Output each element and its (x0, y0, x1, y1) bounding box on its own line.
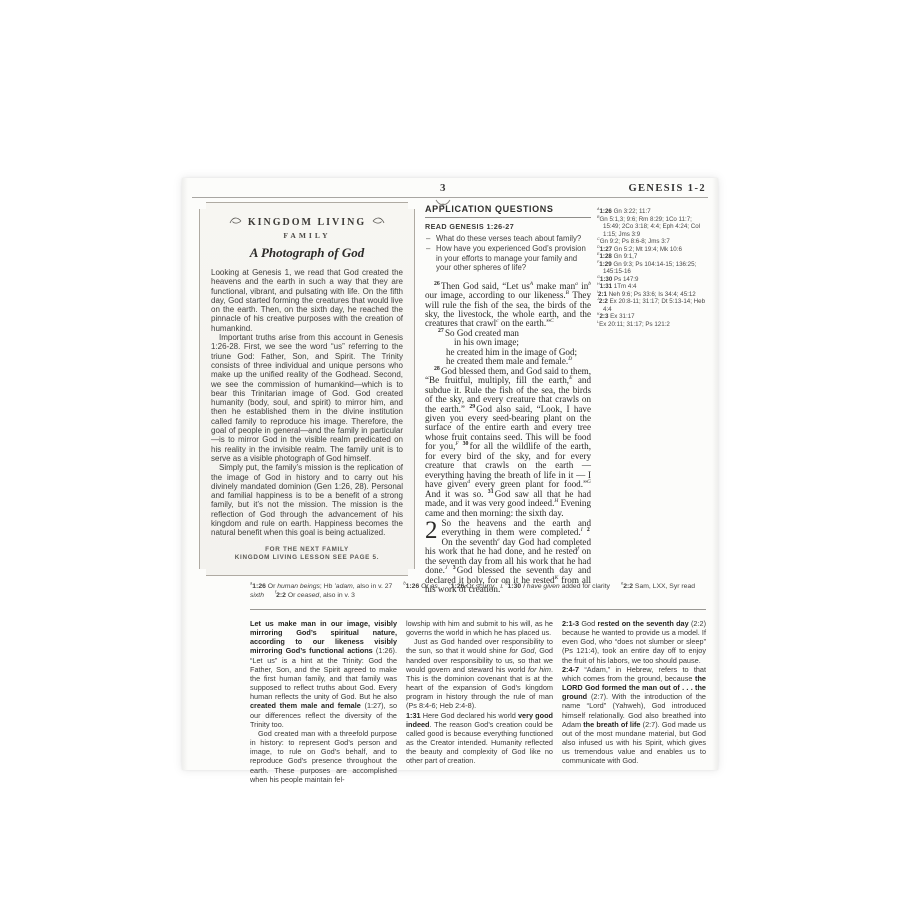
crossref-entry: K2:3 Ex 31:17 (597, 313, 710, 321)
kingdom-living-category: FAMILY (200, 231, 414, 240)
scripture-paragraph: 26 Then God said, “Let usA make mana inb… (425, 282, 591, 329)
commentary-col-3: 2:1-3 God rested on the seventh day (2:2… (562, 619, 706, 766)
commentary-paragraph: 1:31 Here God declared his world very go… (406, 711, 553, 766)
kingdom-living-paragraph: Important truths arise from this account… (211, 333, 403, 463)
chapter-number-dropcap: 2 (425, 519, 442, 541)
scripture-poetry-block: 27 So God created manin his own image;he… (425, 329, 591, 367)
commentary-paragraph: 2:1-3 God rested on the seventh day (2:2… (562, 619, 706, 665)
kingdom-living-footer-line2: KINGDOM LIVING LESSON SEE PAGE 5. (200, 554, 414, 562)
commentary-paragraph: lowship with him and submit to his will,… (406, 619, 553, 637)
crossref-entry: CGn 9:2; Ps 8:6-8; Jms 3:7 (597, 238, 710, 246)
commentary-col-2: lowship with him and submit to his will,… (406, 619, 553, 766)
kingdom-living-paragraph: Looking at Genesis 1, we read that God c… (211, 268, 403, 333)
footnote-item: b1:26 Or as (403, 583, 437, 590)
kingdom-living-heading: A Photograph of God (200, 245, 414, 261)
footnote-item: f2:2 Or ceased, also in v. 3 (275, 592, 355, 599)
commentary-paragraph: Let us make man in our image, visibly mi… (250, 619, 397, 729)
footnote-item: a1:26 Or human beings; Hb ’adam, also in… (250, 583, 392, 590)
crossref-entry: LEx 20:11; 31:17; Ps 121:2 (597, 321, 710, 329)
scripture-paragraph: 28 God blessed them, and God said to the… (425, 367, 591, 518)
kingdom-living-footer: FOR THE NEXT FAMILY KINGDOM LIVING LESSO… (200, 546, 414, 562)
application-questions-title: APPLICATION QUESTIONS (425, 204, 591, 218)
commentary-paragraph: 2:4-7 “Adam,” in Hebrew, refers to that … (562, 665, 706, 766)
book-chapter-reference: GENESIS 1-2 (628, 183, 706, 194)
flourish-right-icon (372, 216, 385, 228)
application-questions-box: APPLICATION QUESTIONS READ GENESIS 1:26-… (425, 204, 591, 273)
commentary-paragraph: God created man with a threefold purpose… (250, 729, 397, 784)
page-number: 3 (440, 182, 446, 194)
application-question: What do these verses teach about family? (425, 234, 591, 243)
running-head: 3 GENESIS 1-2 (192, 182, 708, 198)
crossref-entry: F1:29 Gn 9:3; Ps 104:14-15; 136:25; 145:… (597, 261, 710, 276)
main-text-column: APPLICATION QUESTIONS READ GENESIS 1:26-… (425, 204, 591, 595)
scripture-text: 26 Then God said, “Let usA make mana inb… (425, 282, 591, 595)
commentary-divider-rule (250, 609, 706, 610)
footnotes: a1:26 Or human beings; Hb ’adam, also in… (250, 582, 706, 600)
footnote-item: c1:26 Or scurry (449, 583, 495, 590)
bible-page: 3 GENESIS 1-2 ♛ KINGDOM LIVING FAMILY A … (182, 178, 718, 770)
crossref-entry: I2:1 Neh 9:6; Ps 33:6; Is 34:4; 45:12 (597, 291, 710, 299)
crossref-entry: BGn 5:1,3; 9:6; Rm 8:29; 1Co 11:7; 15:49… (597, 216, 710, 239)
flourish-left-icon (229, 216, 242, 228)
commentary-paragraph: Just as God handed over responsibility t… (406, 637, 553, 710)
kingdom-living-box-inner: ♛ KINGDOM LIVING FAMILY A Photograph of … (200, 203, 414, 575)
crossref-entry: J2:2 Ex 20:8-11; 31:17; Dt 5:13-14; Heb … (597, 298, 710, 313)
commentary-col-1: Let us make man in our image, visibly mi… (250, 619, 397, 784)
crossref-entry: E1:28 Gn 9:1,7 (597, 253, 710, 261)
kingdom-living-title-row: KINGDOM LIVING (200, 216, 414, 228)
crossref-entry: A1:26 Gn 3:22; 11:7 (597, 208, 710, 216)
cross-reference-column: A1:26 Gn 3:22; 11:7BGn 5:1,3; 9:6; Rm 8:… (597, 208, 710, 328)
footnote-item: d1:30 I have given added for clarity (505, 583, 610, 590)
kingdom-living-body: Looking at Genesis 1, we read that God c… (200, 261, 414, 538)
crossref-entry: D1:27 Gn 5:2; Mt 19:4; Mk 10:6 (597, 246, 710, 254)
application-question: How have you experienced God’s provision… (425, 244, 591, 272)
application-questions-list: What do these verses teach about family?… (425, 234, 591, 273)
kingdom-living-footer-line1: FOR THE NEXT FAMILY (200, 546, 414, 554)
application-questions-read: READ GENESIS 1:26-27 (425, 222, 591, 231)
kingdom-living-title: KINGDOM LIVING (248, 217, 366, 228)
kingdom-living-paragraph: Simply put, the family’s mission is the … (211, 463, 403, 537)
screenshot-root: { "icons": { "crown": "♛" }, "header": {… (0, 0, 900, 900)
crossref-entry: G1:30 Ps 147:9 (597, 276, 710, 284)
crossref-entry: H1:31 1Tm 4:4 (597, 283, 710, 291)
kingdom-living-box: ♛ KINGDOM LIVING FAMILY A Photograph of … (199, 202, 415, 576)
